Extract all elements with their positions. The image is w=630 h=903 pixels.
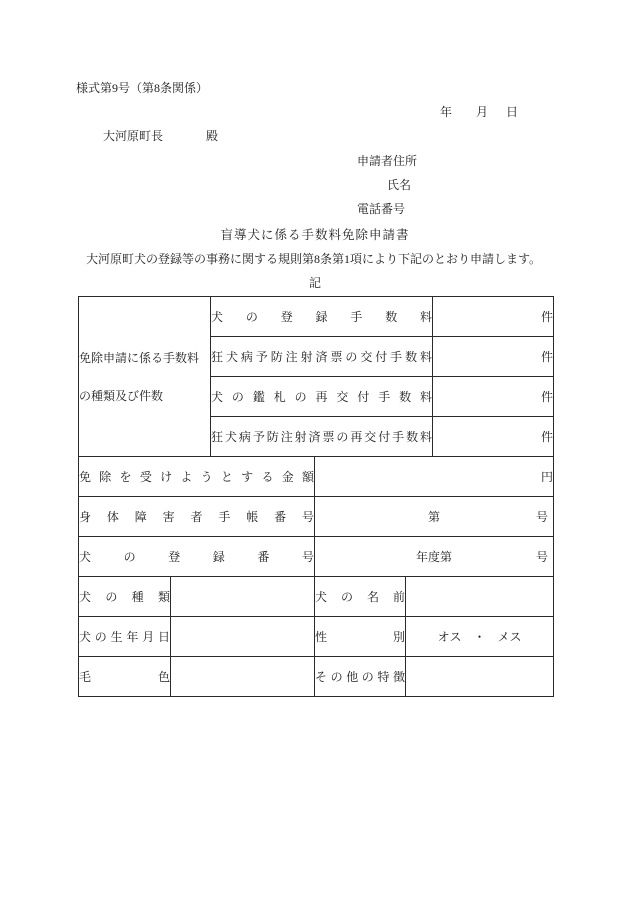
fee-type-label: 犬の登録手数料 xyxy=(211,297,433,337)
applicant-address-label: 申請者住所 xyxy=(357,154,417,168)
addressee-name: 大河原町長 xyxy=(103,129,163,143)
unit-ken-label: 件 xyxy=(541,430,553,444)
applicant-name-label: 氏名 xyxy=(387,178,411,192)
dog-breed-input-cell xyxy=(171,577,315,617)
unit-go-label: 号 xyxy=(536,510,548,524)
fee-row-1: 免除申請に係る手数料 の種類及び件数 犬の登録手数料 件 xyxy=(79,297,554,337)
dog-birthdate-input-cell xyxy=(171,617,315,657)
fee-count-cell: 件 xyxy=(433,337,554,377)
fee-group-label: 免除申請に係る手数料 の種類及び件数 xyxy=(79,297,211,457)
fee-type-label: 狂犬病予防注射済票の交付手数料 xyxy=(211,337,433,377)
date-year-label: 年 xyxy=(440,105,452,119)
other-features-label: その他の特徴 xyxy=(315,657,406,697)
dog-name-label: 犬の名前 xyxy=(315,577,406,617)
date-line: 年 月 日 xyxy=(440,105,518,119)
dog-breed-row: 犬の種類 犬の名前 xyxy=(79,577,554,617)
fiscal-year-prefix-label: 年度第 xyxy=(315,550,553,564)
dog-registration-row: 犬の登録番号 年度第 号 xyxy=(79,537,554,577)
unit-go-label: 号 xyxy=(536,550,548,564)
form-number: 様式第9号（第8条関係） xyxy=(76,81,208,95)
handbook-number-row: 身体障害者手帳番号 第 号 xyxy=(79,497,554,537)
coat-color-label: 毛色 xyxy=(79,657,171,697)
document-title: 盲導犬に係る手数料免除申請書 xyxy=(0,228,630,242)
dog-registration-label: 犬の登録番号 xyxy=(79,537,315,577)
dog-birthdate-row: 犬の生年月日 性別 オス ・ メス xyxy=(79,617,554,657)
handbook-number-cell: 第 号 xyxy=(315,497,554,537)
note-ki-label: 記 xyxy=(0,276,630,290)
dog-breed-label: 犬の種類 xyxy=(79,577,171,617)
phone-number-label: 電話番号 xyxy=(357,202,405,216)
fee-type-label: 犬の鑑札の再交付手数料 xyxy=(211,377,433,417)
unit-ken-label: 件 xyxy=(541,390,553,404)
fee-count-cell: 件 xyxy=(433,417,554,457)
fee-type-label: 狂犬病予防注射済票の再交付手数料 xyxy=(211,417,433,457)
date-month-label: 月 xyxy=(476,105,488,119)
handbook-number-label: 身体障害者手帳番号 xyxy=(79,497,315,537)
date-day-label: 日 xyxy=(506,105,518,119)
coat-color-input-cell xyxy=(171,657,315,697)
unit-yen-label: 円 xyxy=(541,470,553,484)
dog-name-input-cell xyxy=(406,577,554,617)
document-page: 様式第9号（第8条関係） 年 月 日 大河原町長 殿 申請者住所 氏名 電話番号… xyxy=(0,0,630,903)
dog-sex-label: 性別 xyxy=(315,617,406,657)
dog-birthdate-label: 犬の生年月日 xyxy=(79,617,171,657)
amount-label: 免除を受けようとする金額 xyxy=(79,457,315,497)
unit-ken-label: 件 xyxy=(541,350,553,364)
dog-registration-cell: 年度第 号 xyxy=(315,537,554,577)
other-features-input-cell xyxy=(406,657,554,697)
fee-count-cell: 件 xyxy=(433,377,554,417)
dog-coat-color-row: 毛色 その他の特徴 xyxy=(79,657,554,697)
addressee-honorific: 殿 xyxy=(206,129,218,143)
amount-row: 免除を受けようとする金額 円 xyxy=(79,457,554,497)
dog-sex-options: オス ・ メス xyxy=(406,617,554,657)
amount-value-cell: 円 xyxy=(315,457,554,497)
fee-count-cell: 件 xyxy=(433,297,554,337)
declaration-text: 大河原町犬の登録等の事務に関する規則第8条第1項により下記のとおり申請します。 xyxy=(86,252,541,266)
unit-ken-label: 件 xyxy=(541,310,553,324)
application-table: 免除申請に係る手数料 の種類及び件数 犬の登録手数料 件 狂犬病予防注射済票の交… xyxy=(78,296,554,697)
number-prefix-label: 第 xyxy=(315,510,553,524)
